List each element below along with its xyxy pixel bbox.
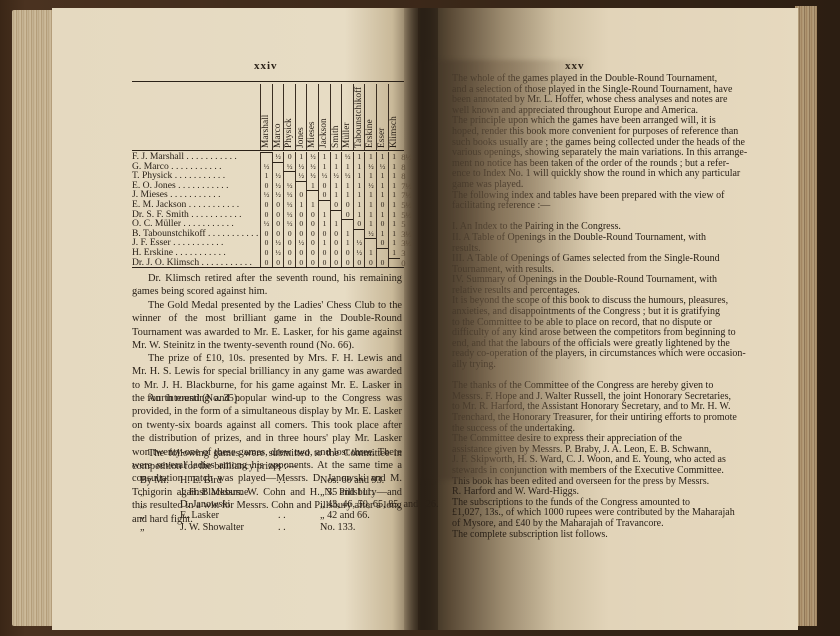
brilliancy-entry: „E. Lasker. .„ 42 and 66. — [140, 510, 439, 522]
score-cell: ½ — [364, 162, 376, 172]
entry-games: „ 42 and 66. — [320, 510, 370, 522]
score-cell: 0 — [260, 200, 272, 210]
paragraph-brilliancy-intro: The following games were submitted to th… — [132, 447, 402, 474]
score-cell: 1 — [388, 219, 400, 229]
score-total: 3½ — [401, 238, 412, 248]
brilliancy-entry: „J. H. Blackburne. .„ 35 and 111. — [140, 487, 439, 499]
score-cell: ½ — [295, 171, 307, 181]
player-name: J. F. Esser . . . . . . . . . . . — [132, 238, 260, 248]
score-cell: 1 — [388, 200, 400, 210]
score-cell: 0 — [283, 238, 295, 248]
score-cell: 1 — [306, 200, 318, 210]
score-cell: 0 — [260, 248, 272, 258]
entry-player: H. E. Bird — [180, 475, 278, 487]
score-cell: 0 — [364, 258, 376, 268]
score-cell: ½ — [283, 219, 295, 229]
column-header-label: Mieses — [307, 121, 318, 148]
score-cell: ½ — [364, 181, 376, 191]
entry-leader-dots: . . — [278, 510, 320, 522]
column-header-label: Tabounstchikoff — [354, 87, 365, 148]
entry-prefix: „ — [140, 522, 180, 534]
score-cell: 1 — [376, 181, 388, 191]
score-cell: 0 — [306, 248, 318, 258]
score-cell: 0 — [272, 219, 284, 229]
header-rule — [132, 150, 404, 151]
player-name: T. Physick . . . . . . . . . . . — [132, 171, 260, 181]
score-cell: 1 — [376, 152, 388, 162]
column-header: Marco — [272, 84, 284, 150]
score-cell: 0 — [283, 229, 295, 239]
score-cell: 1 — [330, 219, 342, 229]
column-header-label: Smith — [331, 126, 342, 148]
score-cell: ½ — [330, 171, 342, 181]
player-name: B. Tabounstchikoff . . . . . . . . . . . — [132, 229, 260, 239]
score-cell: 0 — [341, 258, 353, 268]
score-cell: 1 — [341, 190, 353, 200]
score-total: 0 — [401, 258, 405, 268]
score-cell: 1 — [341, 162, 353, 172]
score-cell: 1 — [353, 152, 365, 162]
score-cell: 0 — [283, 258, 295, 268]
score-cell: 0 — [318, 181, 330, 191]
score-cell: 0 — [318, 229, 330, 239]
score-cell: 1 — [388, 210, 400, 220]
score-cell: 1 — [318, 162, 330, 172]
player-name: E. M. Jackson . . . . . . . . . . . — [132, 200, 260, 210]
score-cell: ½ — [272, 238, 284, 248]
score-cell: ½ — [283, 181, 295, 191]
entry-games: No. 133. — [320, 522, 355, 534]
gutter-shadow — [420, 60, 590, 480]
column-header-label: Klimsch — [389, 116, 400, 148]
score-cell: 1 — [388, 248, 400, 258]
column-header: Physick — [283, 84, 295, 150]
column-header: Tabounstchikoff — [353, 84, 365, 150]
score-cell: 0 — [341, 248, 353, 258]
score-cell: ½ — [272, 248, 284, 258]
score-cell: 1 — [330, 152, 342, 162]
score-cell: 0 — [295, 229, 307, 239]
score-cell: 0 — [283, 248, 295, 258]
column-header-label: Esser — [377, 128, 388, 148]
score-cell: ½ — [283, 200, 295, 210]
score-cell: 1 — [295, 152, 307, 162]
player-name: Dr. J. O. Klimsch . . . . . . . . . . . — [132, 258, 260, 268]
score-cell: 1 — [353, 190, 365, 200]
score-cell: 1 — [388, 162, 400, 172]
score-cell: 0 — [306, 229, 318, 239]
player-name: O. C. Müller . . . . . . . . . . . — [132, 219, 260, 229]
score-total: 8 — [401, 171, 405, 181]
score-cell: 0 — [306, 219, 318, 229]
score-cell: 0 — [376, 238, 388, 248]
entry-games: Nos. 60 and 93. — [320, 475, 384, 487]
score-cell: 0 — [330, 229, 342, 239]
entry-leader-dots: . . — [278, 475, 320, 487]
score-cell: ½ — [260, 162, 272, 172]
page-number-left: xxiv — [254, 60, 278, 72]
score-cell: 1 — [341, 229, 353, 239]
score-cell: ½ — [353, 248, 365, 258]
score-cell: ½ — [283, 190, 295, 200]
score-total: 3 — [401, 248, 405, 258]
book-gutter — [404, 8, 438, 630]
column-header: Erskine — [364, 84, 376, 150]
score-cell: 0 — [272, 210, 284, 220]
score-cell: ½ — [318, 171, 330, 181]
score-cell: ½ — [295, 162, 307, 172]
entry-player: J. H. Blackburne — [180, 487, 278, 499]
entry-prefix: „ — [140, 499, 180, 511]
score-cell: 0 — [295, 190, 307, 200]
score-cell: 0 — [376, 258, 388, 268]
score-cell: 1 — [306, 181, 318, 191]
score-cell: ½ — [341, 152, 353, 162]
score-cell: 1 — [318, 152, 330, 162]
text-line: of Mysore, and £40 by the Maharajah of T… — [452, 519, 730, 530]
score-cell: 0 — [341, 210, 353, 220]
score-cell: 1 — [364, 152, 376, 162]
score-cell: 0 — [318, 258, 330, 268]
score-cell: 0 — [376, 219, 388, 229]
entry-prefix: „ — [140, 487, 180, 499]
brilliancy-entry: „D. Janowski. .„ 43, 46, 50, 65, 85, and… — [140, 499, 439, 511]
score-cell: ½ — [283, 162, 295, 172]
score-cell: 1 — [353, 162, 365, 172]
player-name: F. J. Marshall . . . . . . . . . . . — [132, 152, 260, 162]
score-total: 5½ — [401, 210, 412, 220]
paragraph-gold-medal: The Gold Medal presented by the Ladies' … — [132, 299, 402, 353]
score-cell: 1 — [364, 190, 376, 200]
score-cell: 1 — [318, 219, 330, 229]
entry-prefix: „ — [140, 510, 180, 522]
score-cell: 0 — [272, 200, 284, 210]
score-cell: 1 — [388, 181, 400, 191]
column-header: Esser — [376, 84, 388, 150]
page-edges-right — [795, 6, 817, 626]
score-cell: 0 — [260, 229, 272, 239]
score-cell: ½ — [306, 152, 318, 162]
score-cell: 0 — [260, 210, 272, 220]
score-cell: 1 — [295, 200, 307, 210]
score-cell: 1 — [364, 200, 376, 210]
brilliancy-entry: By Mr.H. E. Bird. .Nos. 60 and 93. — [140, 475, 439, 487]
score-total: 7½ — [401, 190, 412, 200]
column-header-label: Marco — [273, 124, 284, 148]
score-cell: ½ — [283, 210, 295, 220]
player-name: J. Mieses . . . . . . . . . . . — [132, 190, 260, 200]
entry-player: E. Lasker — [180, 510, 278, 522]
score-cell: 0 — [295, 219, 307, 229]
score-cell: ½ — [272, 190, 284, 200]
column-header: Jones — [295, 84, 307, 150]
entry-games: „ 35 and 111. — [320, 487, 374, 499]
score-cell: 0 — [272, 258, 284, 268]
score-cell: 1 — [376, 229, 388, 239]
score-cell: 1 — [364, 219, 376, 229]
score-cell: 1 — [318, 238, 330, 248]
text-line: The complete subscription list follows. — [452, 530, 730, 541]
score-cell: 1 — [388, 152, 400, 162]
score-total: 5½ — [401, 200, 412, 210]
score-cell: 1 — [353, 181, 365, 191]
player-name: H. Erskine . . . . . . . . . . . — [132, 248, 260, 258]
score-cell: ½ — [260, 190, 272, 200]
score-cell: 0 — [295, 258, 307, 268]
score-cell: 0 — [330, 200, 342, 210]
score-cell: 1 — [318, 210, 330, 220]
score-cell: 0 — [330, 258, 342, 268]
score-cell: ½ — [295, 238, 307, 248]
score-total: 5 — [401, 219, 405, 229]
column-header-label: Erskine — [365, 119, 376, 148]
score-cell: 1 — [260, 171, 272, 181]
score-cell: ½ — [306, 171, 318, 181]
score-cell — [388, 258, 400, 269]
score-cell: 1 — [353, 210, 365, 220]
score-cell: 1 — [364, 171, 376, 181]
score-cell: 1 — [376, 171, 388, 181]
player-name: E. O. Jones . . . . . . . . . . . — [132, 181, 260, 191]
score-cell: 1 — [353, 171, 365, 181]
score-cell: ½ — [260, 219, 272, 229]
score-cell: ½ — [353, 238, 365, 248]
score-cell: 1 — [376, 210, 388, 220]
score-cell: ½ — [272, 171, 284, 181]
column-header-label: Physick — [284, 118, 295, 148]
score-total: 8 — [401, 162, 405, 172]
score-total: 7½ — [401, 181, 412, 191]
player-name: Dr. S. F. Smith . . . . . . . . . . . — [132, 210, 260, 220]
entry-player: J. W. Showalter — [180, 522, 278, 534]
score-cell: 1 — [388, 171, 400, 181]
score-cell: 0 — [260, 258, 272, 268]
column-header-label: Jones — [296, 127, 307, 148]
score-cell: 1 — [330, 181, 342, 191]
column-header: Jackson — [318, 84, 330, 150]
entry-prefix: By Mr. — [140, 475, 180, 487]
entry-player: D. Janowski — [180, 499, 278, 511]
column-header: Klimsch — [388, 84, 400, 150]
score-cell: 1 — [330, 162, 342, 172]
score-cell: ½ — [272, 152, 284, 162]
score-cell: 0 — [306, 258, 318, 268]
score-cell: 0 — [260, 238, 272, 248]
score-cell: 1 — [341, 238, 353, 248]
score-cell: 0 — [283, 152, 295, 162]
score-cell: 0 — [295, 210, 307, 220]
score-cell: 0 — [330, 248, 342, 258]
score-cell: 1 — [376, 190, 388, 200]
score-total: 8½ — [401, 152, 412, 162]
score-cell: ½ — [272, 181, 284, 191]
score-cell: 0 — [318, 248, 330, 258]
score-total: 3½ — [401, 229, 412, 239]
column-header-label: Marshall — [261, 115, 272, 148]
column-header: Smith — [330, 84, 342, 150]
score-cell: 0 — [306, 238, 318, 248]
entry-leader-dots: . . — [278, 499, 320, 511]
entry-leader-dots: . . — [278, 487, 320, 499]
score-cell: ½ — [306, 162, 318, 172]
score-cell: 0 — [330, 238, 342, 248]
score-cell: 0 — [353, 258, 365, 268]
column-header: Marshall — [260, 84, 272, 150]
player-name: G. Marco . . . . . . . . . . . — [132, 162, 260, 172]
score-cell: 1 — [388, 229, 400, 239]
score-cell: 1 — [364, 248, 376, 258]
score-cell: 0 — [341, 200, 353, 210]
column-header: Mieses — [306, 84, 318, 150]
column-header-label: Jackson — [319, 118, 330, 148]
score-cell: 0 — [353, 219, 365, 229]
brilliancy-list: By Mr.H. E. Bird. .Nos. 60 and 93.„J. H.… — [140, 475, 439, 534]
score-cell: 1 — [364, 210, 376, 220]
score-cell: 0 — [260, 181, 272, 191]
score-cell: 1 — [330, 190, 342, 200]
column-header-label: Müller — [342, 122, 353, 148]
score-cell: ½ — [376, 162, 388, 172]
brilliancy-entry: „J. W. Showalter. .No. 133. — [140, 522, 439, 534]
score-cell: ½ — [341, 171, 353, 181]
score-cell: 0 — [318, 190, 330, 200]
score-cell: 1 — [388, 190, 400, 200]
paragraph-klimsch: Dr. Klimsch retired after the seventh ro… — [132, 272, 402, 299]
score-cell: ½ — [364, 229, 376, 239]
score-cell: 1 — [353, 200, 365, 210]
score-cell: 1 — [341, 181, 353, 191]
score-cell: 0 — [376, 200, 388, 210]
score-cell: 0 — [295, 248, 307, 258]
entry-leader-dots: . . — [278, 522, 320, 534]
score-cell: 0 — [306, 210, 318, 220]
score-cell: 0 — [272, 229, 284, 239]
column-header: Müller — [341, 84, 353, 150]
score-cell: 1 — [388, 238, 400, 248]
table-top-rule — [132, 81, 404, 82]
